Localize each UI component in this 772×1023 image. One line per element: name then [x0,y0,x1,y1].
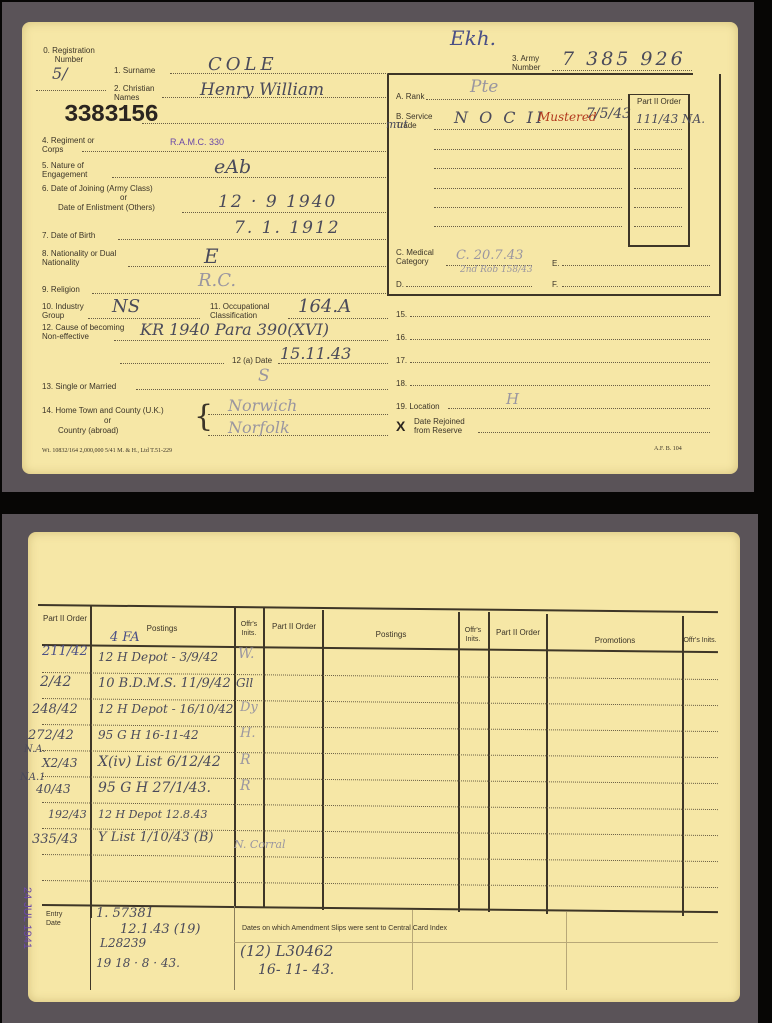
col-line-6 [488,612,490,912]
army-number-line [552,70,692,71]
form-code: A.F. B. 104 [654,446,682,452]
col-line-7 [546,614,548,914]
part2-value: 111/43 NA. [636,112,705,126]
christian-names-label: 2. Christian Names [114,84,164,102]
front-card: 0. Registration Number 5/ 3383156 Ekh. 3… [22,22,738,474]
cause-date-label: 12 (a) Date [232,356,272,365]
registration-number-line [142,123,388,124]
home-or: or [104,416,111,425]
marital-line [136,389,388,390]
postings-note: 4 FA [110,630,140,645]
cause-date-value: 15.11.43 [280,344,351,363]
field-18-label: 18. [396,379,407,388]
col-line-4 [322,610,324,910]
rank-label: A. Rank [396,92,424,101]
row-5-initials: R [240,752,251,768]
e-label: E. [552,259,560,268]
regiment-line [82,151,388,152]
trade-line-4 [434,188,622,189]
field-16-line [410,339,710,340]
row-6-order: 40/43 [36,782,71,796]
rejoined-x-mark: X [396,418,405,434]
printer-imprint: Wt. 10832/164 2,000,000 5/41 M. & H., Lt… [42,448,172,454]
part2-header: Part II Order [630,97,688,106]
col-line-2 [234,608,236,908]
row-4-order: 272/42 [28,728,74,743]
nationality-label: 8. Nationality or Dual Nationality [42,249,134,267]
part2-line-1 [634,129,682,130]
header-postings-2: Postings [324,630,458,639]
row-4-posting: 95 G H 16-11-42 [98,728,199,742]
home-label-2: Country (abroad) [58,426,118,435]
industry-line [88,318,200,319]
trade-margin-note: mut [386,118,408,131]
col-line-1 [90,606,92,918]
row-2-order: 2/42 [40,674,71,690]
rejoined-label: Date Rejoined from Reserve [414,417,480,435]
cause-value: KR 1940 Para 390(XVI) [140,320,329,339]
regiment-stamp: R.A.M.C. 330 [170,137,224,147]
f-line [562,286,710,287]
occupational-label: 11. Occupational Classification [210,302,292,320]
d-line [406,286,532,287]
field-17-line [410,362,710,363]
location-label: 19. Location [396,402,440,411]
nationality-value: E [204,244,219,268]
back-card: Part II Order Postings 4 FA Offr's Inits… [28,532,740,1002]
trade-line-3 [434,168,622,169]
registration-number: 3383156 [64,102,158,129]
home-town-value: Norwich [228,396,297,415]
col-line-3 [263,608,265,908]
location-line [448,408,710,409]
header-offr-inits-2: Offr's Inits. [458,626,488,644]
mustered-date: 7/5/43 [586,106,631,122]
row-1-initials: W. [238,646,254,662]
part2-line-3 [634,168,682,169]
row-1-order: 211/42 [42,644,88,659]
joining-value: 12 · 9 1940 [218,192,337,212]
entry-1: 1. 57381 [96,906,154,921]
medical-note: 2nd Rob 158/43 [460,265,533,275]
top-annotation: Ekh. [450,26,496,50]
dob-line [118,239,388,240]
header-promotions: Promotions [548,636,682,645]
header-part2-order-2: Part II Order [266,622,322,631]
rank-value: Pte [470,77,498,97]
industry-label: 10. Industry Group [42,302,90,320]
row-1-posting: 12 H Depot - 3/9/42 [98,650,218,664]
row-8-initials: N. Corral [234,838,286,851]
field-17-label: 17. [396,356,407,365]
service-trade-line [434,129,622,130]
industry-value: NS [112,296,140,317]
amendment-value-1: (12) L30462 [240,942,333,960]
row-4-initials: H. [240,726,255,741]
entry-3: L28239 [100,936,146,950]
rank-line [426,99,622,100]
home-county-value: Norfolk [228,418,290,437]
col-line-8 [682,616,684,916]
part2-line-5 [634,207,682,208]
entry-4: 19 18 · 8 · 43. [96,956,180,970]
field-15-label: 15. [396,310,407,319]
row-2-initials: Gll [236,676,253,690]
field-16-label: 16. [396,333,407,342]
occupational-line [288,318,388,319]
registration-line [36,90,106,91]
religion-value: R.C. [198,270,236,291]
marital-value: S [258,366,270,386]
row-3-order: 248/42 [32,702,78,717]
religion-label: 9. Religion [42,285,80,294]
row-5-prefix: N.A. [24,744,46,755]
amendment-label: Dates on which Amendment Slips were sent… [242,924,447,933]
row-6-initials: R [240,778,251,794]
religion-line [92,293,388,294]
trade-line-5 [434,207,622,208]
header-offr-inits-1: Offr's Inits. [234,620,264,638]
medical-label: C. Medical Category [396,248,442,266]
surname-label: 1. Surname [114,66,155,75]
row-3-posting: 12 H Depot - 16/10/42 [98,702,233,716]
occupational-value: 164.A [298,296,351,317]
cause-line [114,340,388,341]
christian-names-value: Henry William [200,80,324,100]
col-line-5 [458,612,460,912]
entry-2: 12.1.43 (19) [120,922,200,937]
dob-value: 7. 1. 1912 [234,218,341,238]
cause-extra-line [120,363,224,364]
row-5-order: X2/43 [42,756,78,770]
trade-line-2 [434,149,622,150]
row-line-9 [42,880,718,888]
army-number-label: 3. Army Number [512,54,552,72]
nationality-line [128,266,388,267]
row-7-posting: 12 H Depot 12.8.43 [98,808,207,821]
service-trade-value: N O C II [454,108,545,127]
table-top-rule [38,604,718,613]
cause-date-line [278,363,388,364]
row-6-posting: 95 G H 27/1/43. [98,780,211,796]
header-offr-inits-3: Offr's Inits. [682,636,718,645]
amendment-divider [234,906,235,990]
f-label: F. [552,280,558,289]
row-8-posting: Y List 1/10/43 (B) [98,830,213,845]
row-line-8 [42,854,718,862]
d-label: D. [396,280,404,289]
army-number-value: 7 385 926 [562,48,686,70]
surname-value: COLE [208,54,278,75]
part2-line-2 [634,149,682,150]
joining-or: or [120,193,127,202]
registration-label: 0. Registration Number [34,46,104,64]
field-15-line [410,316,710,317]
row-2-posting: 10 B.D.M.S. 11/9/42 [98,676,231,691]
amendment-col-2 [566,912,567,990]
side-date-stamp: 24 JUL 1941 [21,873,33,963]
joining-label-1: 6. Date of Joining (Army Class) [42,184,153,193]
header-part2-order-3: Part II Order [490,628,546,637]
cause-label: 12. Cause of becoming Non-effective [42,323,136,341]
row-7-order: 192/43 [48,808,87,821]
registration-value: 5/ [52,64,68,83]
row-3-initials: Dy [240,700,258,715]
surname-line [170,73,388,74]
trade-line-6 [434,226,622,227]
rejoined-line [478,432,710,433]
engagement-label: 5. Nature of Engagement [42,161,112,179]
row-8-order: 335/43 [32,832,78,847]
engagement-value: eAb [214,156,251,178]
amendment-col-1 [412,910,413,990]
medical-value: C. 20.7.43 [456,248,523,263]
row-5-posting: X(iv) List 6/12/42 [98,754,221,770]
joining-label-2: Date of Enlistment (Others) [58,203,155,212]
joining-line [182,212,388,213]
brace: { [194,400,213,434]
dob-label: 7. Date of Birth [42,231,95,240]
part2-line-4 [634,188,682,189]
home-label-1: 14. Home Town and County (U.K.) [42,406,164,415]
field-18-line [410,385,710,386]
location-value: H [506,390,519,408]
e-line [562,265,710,266]
header-part2-order-1: Part II Order [42,614,88,623]
entry-divider [90,904,91,990]
marital-label: 13. Single or Married [42,382,116,391]
part2-line-6 [634,226,682,227]
entry-date-label: Entry Date [46,910,76,928]
amendment-value-2: 16- 11- 43. [258,962,334,978]
